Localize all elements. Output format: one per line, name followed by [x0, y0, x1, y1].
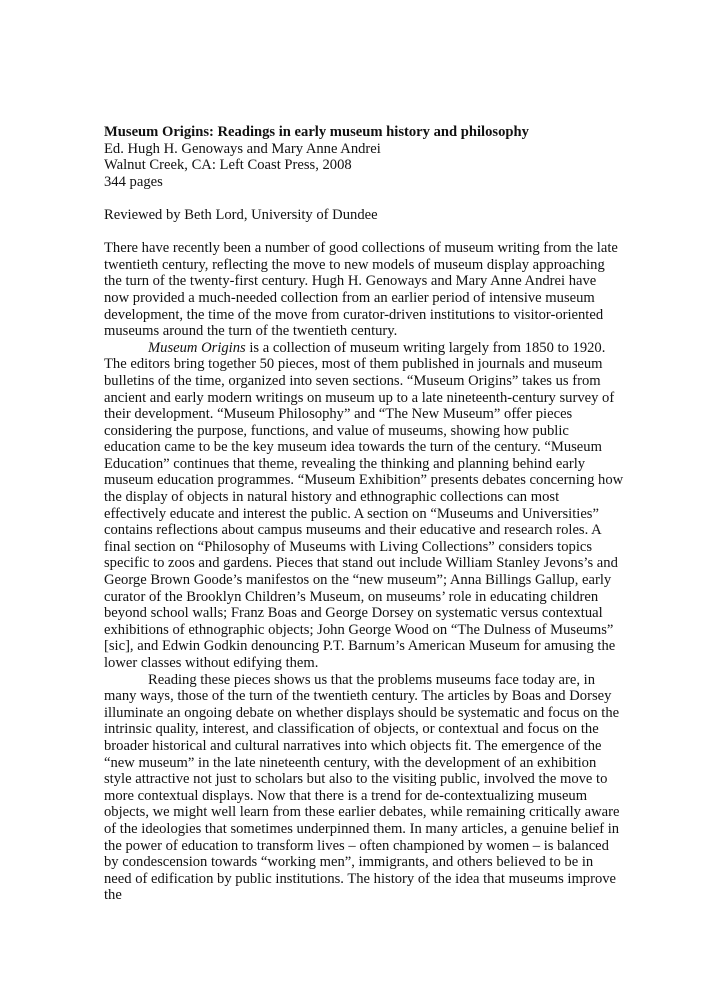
paragraph-2: Museum Origins is a collection of museum…: [104, 340, 624, 672]
book-title-italic: Museum Origins: [148, 340, 246, 356]
book-editors: Ed. Hugh H. Genoways and Mary Anne Andre…: [104, 141, 624, 158]
book-title: Museum Origins: Readings in early museum…: [104, 124, 624, 141]
paragraph-3: Reading these pieces shows us that the p…: [104, 672, 624, 904]
book-header: Museum Origins: Readings in early museum…: [104, 124, 624, 190]
review-body: There have recently been a number of goo…: [104, 240, 624, 904]
document-page: Museum Origins: Readings in early museum…: [104, 124, 624, 904]
paragraph-1: There have recently been a number of goo…: [104, 240, 624, 340]
paragraph-2-text: is a collection of museum writing largel…: [104, 340, 623, 671]
book-publisher: Walnut Creek, CA: Left Coast Press, 2008: [104, 157, 624, 174]
book-page-count: 344 pages: [104, 174, 624, 191]
reviewer-credit: Reviewed by Beth Lord, University of Dun…: [104, 207, 624, 224]
